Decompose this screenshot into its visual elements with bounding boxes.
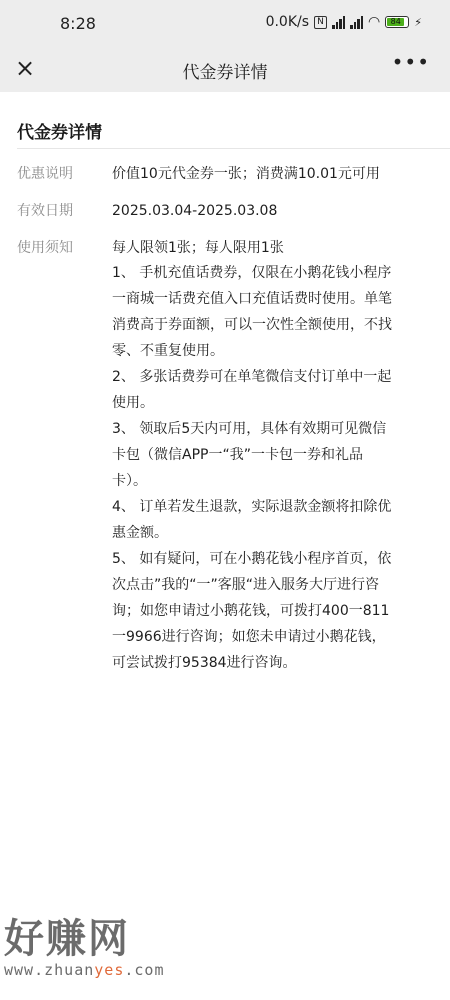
notes-line: 卡）。 bbox=[112, 468, 422, 494]
nfc-icon: N bbox=[314, 16, 327, 29]
status-time: 8:28 bbox=[60, 14, 96, 33]
notes-line: 一9966进行咨询；如您未申请过小鹅花钱， bbox=[112, 624, 422, 650]
battery-icon: 84 bbox=[385, 16, 409, 28]
page-title: 代金券详情 bbox=[0, 58, 450, 83]
notes-line: 惠金额。 bbox=[112, 520, 422, 546]
notes-content: 每人限领1张；每人限用1张 1、 手机充值话费券，仅限在小鹅花钱小程序 一商城一… bbox=[112, 236, 422, 676]
charging-icon: ⚡ bbox=[414, 16, 422, 29]
notes-line: 3、 领取后5天内可用，具体有效期可见微信 bbox=[112, 416, 422, 442]
notes-line: 5、 如有疑问，可在小鹅花钱小程序首页，依 bbox=[112, 546, 422, 572]
wifi-icon: ◠ bbox=[368, 14, 380, 30]
notes-line: 卡包（微信APP一“我”一卡包一券和礼品 bbox=[112, 442, 422, 468]
notes-line: 4、 订单若发生退款，实际退款金额将扣除优 bbox=[112, 494, 422, 520]
date-row: 有效日期 2025.03.04-2025.03.08 bbox=[17, 199, 437, 223]
notes-line: 一商城一话费充值入口充值话费时使用。单笔 bbox=[112, 286, 422, 312]
notes-label: 使用须知 bbox=[17, 236, 112, 676]
notes-line: 可尝试拨打95384进行咨询。 bbox=[112, 650, 422, 676]
divider bbox=[17, 148, 450, 149]
notes-line: 每人限领1张；每人限用1张 bbox=[112, 236, 422, 260]
section-title: 代金券详情 bbox=[17, 118, 102, 143]
notes-line: 次点击”我的“一”客服“进入服务大厅进行咨 bbox=[112, 572, 422, 598]
watermark-logo: 好赚网 bbox=[4, 917, 165, 961]
notes-line: 零、不重复使用。 bbox=[112, 338, 422, 364]
notes-row: 使用须知 每人限领1张；每人限用1张 1、 手机充值话费券，仅限在小鹅花钱小程序… bbox=[17, 236, 437, 676]
notes-line: 2、 多张话费券可在单笔微信支付订单中一起 bbox=[112, 364, 422, 390]
signal-icon bbox=[332, 16, 345, 29]
watermark: 好赚网 www.zhuanyes.com bbox=[4, 917, 165, 979]
notes-line: 消费高于券面额，可以一次性全额使用，不找 bbox=[112, 312, 422, 338]
status-bar: 8:28 0.0K/s N ◠ 84 ⚡ bbox=[0, 0, 450, 46]
offer-label: 优惠说明 bbox=[17, 162, 112, 186]
top-bar: 8:28 0.0K/s N ◠ 84 ⚡ × 代金券详情 ••• bbox=[0, 0, 450, 92]
signal-icon bbox=[350, 16, 363, 29]
offer-row: 优惠说明 价值10元代金券一张；消费满10.01元可用 bbox=[17, 162, 437, 186]
network-speed: 0.0K/s bbox=[266, 14, 309, 30]
date-value: 2025.03.04-2025.03.08 bbox=[112, 199, 277, 223]
notes-line: 询；如您申请过小鹅花钱，可拨打400一811 bbox=[112, 598, 422, 624]
notes-line: 1、 手机充值话费券，仅限在小鹅花钱小程序 bbox=[112, 260, 422, 286]
more-icon[interactable]: ••• bbox=[392, 50, 430, 74]
nav-bar: × 代金券详情 ••• bbox=[0, 46, 450, 92]
date-label: 有效日期 bbox=[17, 199, 112, 223]
offer-value: 价值10元代金券一张；消费满10.01元可用 bbox=[112, 162, 380, 186]
status-icons: 0.0K/s N ◠ 84 ⚡ bbox=[266, 14, 422, 30]
watermark-url: www.zhuanyes.com bbox=[4, 961, 165, 979]
notes-line: 使用。 bbox=[112, 390, 422, 416]
